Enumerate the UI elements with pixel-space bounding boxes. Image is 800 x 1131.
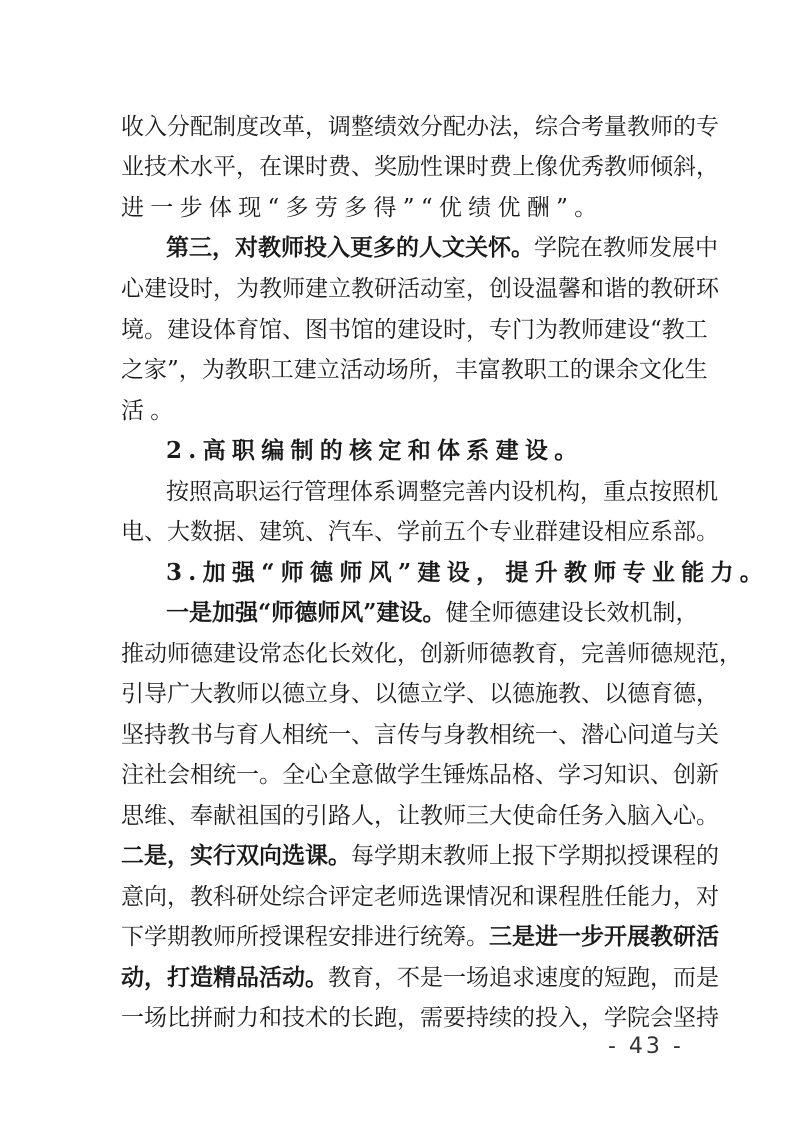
section-heading: 2.高职编制的核定和体系建设。: [166, 431, 686, 471]
page-number: - 43 -: [608, 1034, 684, 1059]
text-segment: 下学期教师所授课程安排进行统筹。: [121, 924, 489, 950]
text-line: 业技术水平，在课时费、奖励性课时费上像优秀教师倾斜，: [121, 147, 686, 187]
bold-heading-segment: 一是加强“师德师风”建设。: [166, 599, 445, 626]
text-line: 第三，对教师投入更多的人文关怀。学院在教师发展中: [166, 228, 686, 268]
text-line: 思维、奉献祖国的引路人，让教师三大使命任务入脑入心。: [121, 796, 686, 836]
text-line: 电、大数据、建筑、汽车、学前五个专业群建设相应系部。: [121, 512, 686, 552]
text-segment: 坚持教书与育人相统一、言传与身教相统一、潜心问道与关: [121, 722, 719, 748]
text-segment: 进一步体现“多劳多得”“优绩优酬”。: [121, 195, 603, 221]
text-segment: 心建设时，为教师建立教研活动室，创设温馨和谐的教研环: [121, 276, 719, 302]
text-line: 活。: [121, 391, 686, 431]
bold-heading-segment: 2.高职编制的核定和体系建设。: [166, 437, 584, 464]
text-line: 心建设时，为教师建立教研活动室，创设温馨和谐的教研环: [121, 269, 686, 309]
text-line: 二是，实行双向选课。每学期末教师上报下学期拟授课程的: [121, 836, 686, 876]
text-segment: 推动师德建设常态化长效化，创新师德教育，完善师德规范，: [121, 641, 742, 667]
text-line: 意向，教科研处综合评定老师选课情况和课程胜任能力，对: [121, 877, 686, 917]
text-line: 境。建设体育馆、图书馆的建设时，专门为教师建设“教工: [121, 310, 686, 350]
bold-heading-segment: 三是进一步开展教研活: [489, 923, 719, 950]
text-segment: 收入分配制度改革，调整绩效分配办法，综合考量教师的专: [121, 114, 719, 140]
text-line: 一场比拼耐力和技术的长跑，需要持续的投入，学院会坚持: [121, 998, 686, 1038]
text-line: 动，打造精品活动。教育，不是一场追求速度的短跑，而是: [121, 958, 686, 998]
text-segment: 学院在教师发展中: [534, 235, 718, 261]
text-line: 坚持教书与育人相统一、言传与身教相统一、潜心问道与关: [121, 715, 686, 755]
text-line: 注社会相统一。全心全意做学生锤炼品格、学习知识、创新: [121, 755, 686, 795]
text-segment: 注社会相统一。全心全意做学生锤炼品格、学习知识、创新: [121, 762, 719, 788]
text-line: 进一步体现“多劳多得”“优绩优酬”。: [121, 188, 686, 228]
bold-heading-segment: 3.加强“师德师风”建设，提升教师专业能力。: [166, 559, 769, 586]
text-segment: 每学期末教师上报下学期拟授课程的: [351, 843, 719, 869]
text-segment: 意向，教科研处综合评定老师选课情况和课程胜任能力，对: [121, 884, 719, 910]
text-line: 下学期教师所授课程安排进行统筹。三是进一步开展教研活: [121, 917, 686, 957]
text-segment: 思维、奉献祖国的引路人，让教师三大使命任务入脑入心。: [121, 803, 719, 829]
text-segment: 一场比拼耐力和技术的长跑，需要持续的投入，学院会坚持: [121, 1005, 719, 1031]
text-line: 收入分配制度改革，调整绩效分配办法，综合考量教师的专: [121, 107, 686, 147]
text-segment: 境。建设体育馆、图书馆的建设时，专门为教师建设“教工: [121, 317, 708, 343]
bold-heading-segment: 二是，实行双向选课。: [121, 842, 351, 869]
text-line: 按照高职运行管理体系调整完善内设机构，重点按照机: [166, 472, 686, 512]
document-page: 收入分配制度改革，调整绩效分配办法，综合考量教师的专 业技术水平，在课时费、奖励…: [0, 0, 800, 1131]
text-segment: 健全师德建设长效机制，: [445, 600, 698, 626]
text-segment: 活。: [121, 398, 180, 424]
section-heading: 3.加强“师德师风”建设，提升教师专业能力。: [166, 553, 686, 593]
text-segment: 电、大数据、建筑、汽车、学前五个专业群建设相应系部。: [121, 519, 719, 545]
text-segment: 教育，不是一场追求速度的短跑，而是: [328, 965, 719, 991]
text-segment: 业技术水平，在课时费、奖励性课时费上像优秀教师倾斜，: [121, 154, 719, 180]
text-line: 推动师德建设常态化长效化，创新师德教育，完善师德规范，: [121, 634, 686, 674]
bold-heading-segment: 第三，对教师投入更多的人文关怀。: [166, 234, 534, 261]
text-line: 引导广大教师以德立身、以德立学、以德施教、以德育德，: [121, 674, 686, 714]
text-line: 一是加强“师德师风”建设。健全师德建设长效机制，: [166, 593, 686, 633]
text-segment: 按照高职运行管理体系调整完善内设机构，重点按照机: [166, 479, 718, 505]
text-line: 之家”，为教职工建立活动场所，丰富教职工的课余文化生: [121, 350, 686, 390]
text-segment: 之家”，为教职工建立活动场所，丰富教职工的课余文化生: [121, 357, 708, 383]
text-segment: 引导广大教师以德立身、以德立学、以德施教、以德育德，: [121, 681, 719, 707]
bold-heading-segment: 动，打造精品活动。: [121, 964, 328, 991]
